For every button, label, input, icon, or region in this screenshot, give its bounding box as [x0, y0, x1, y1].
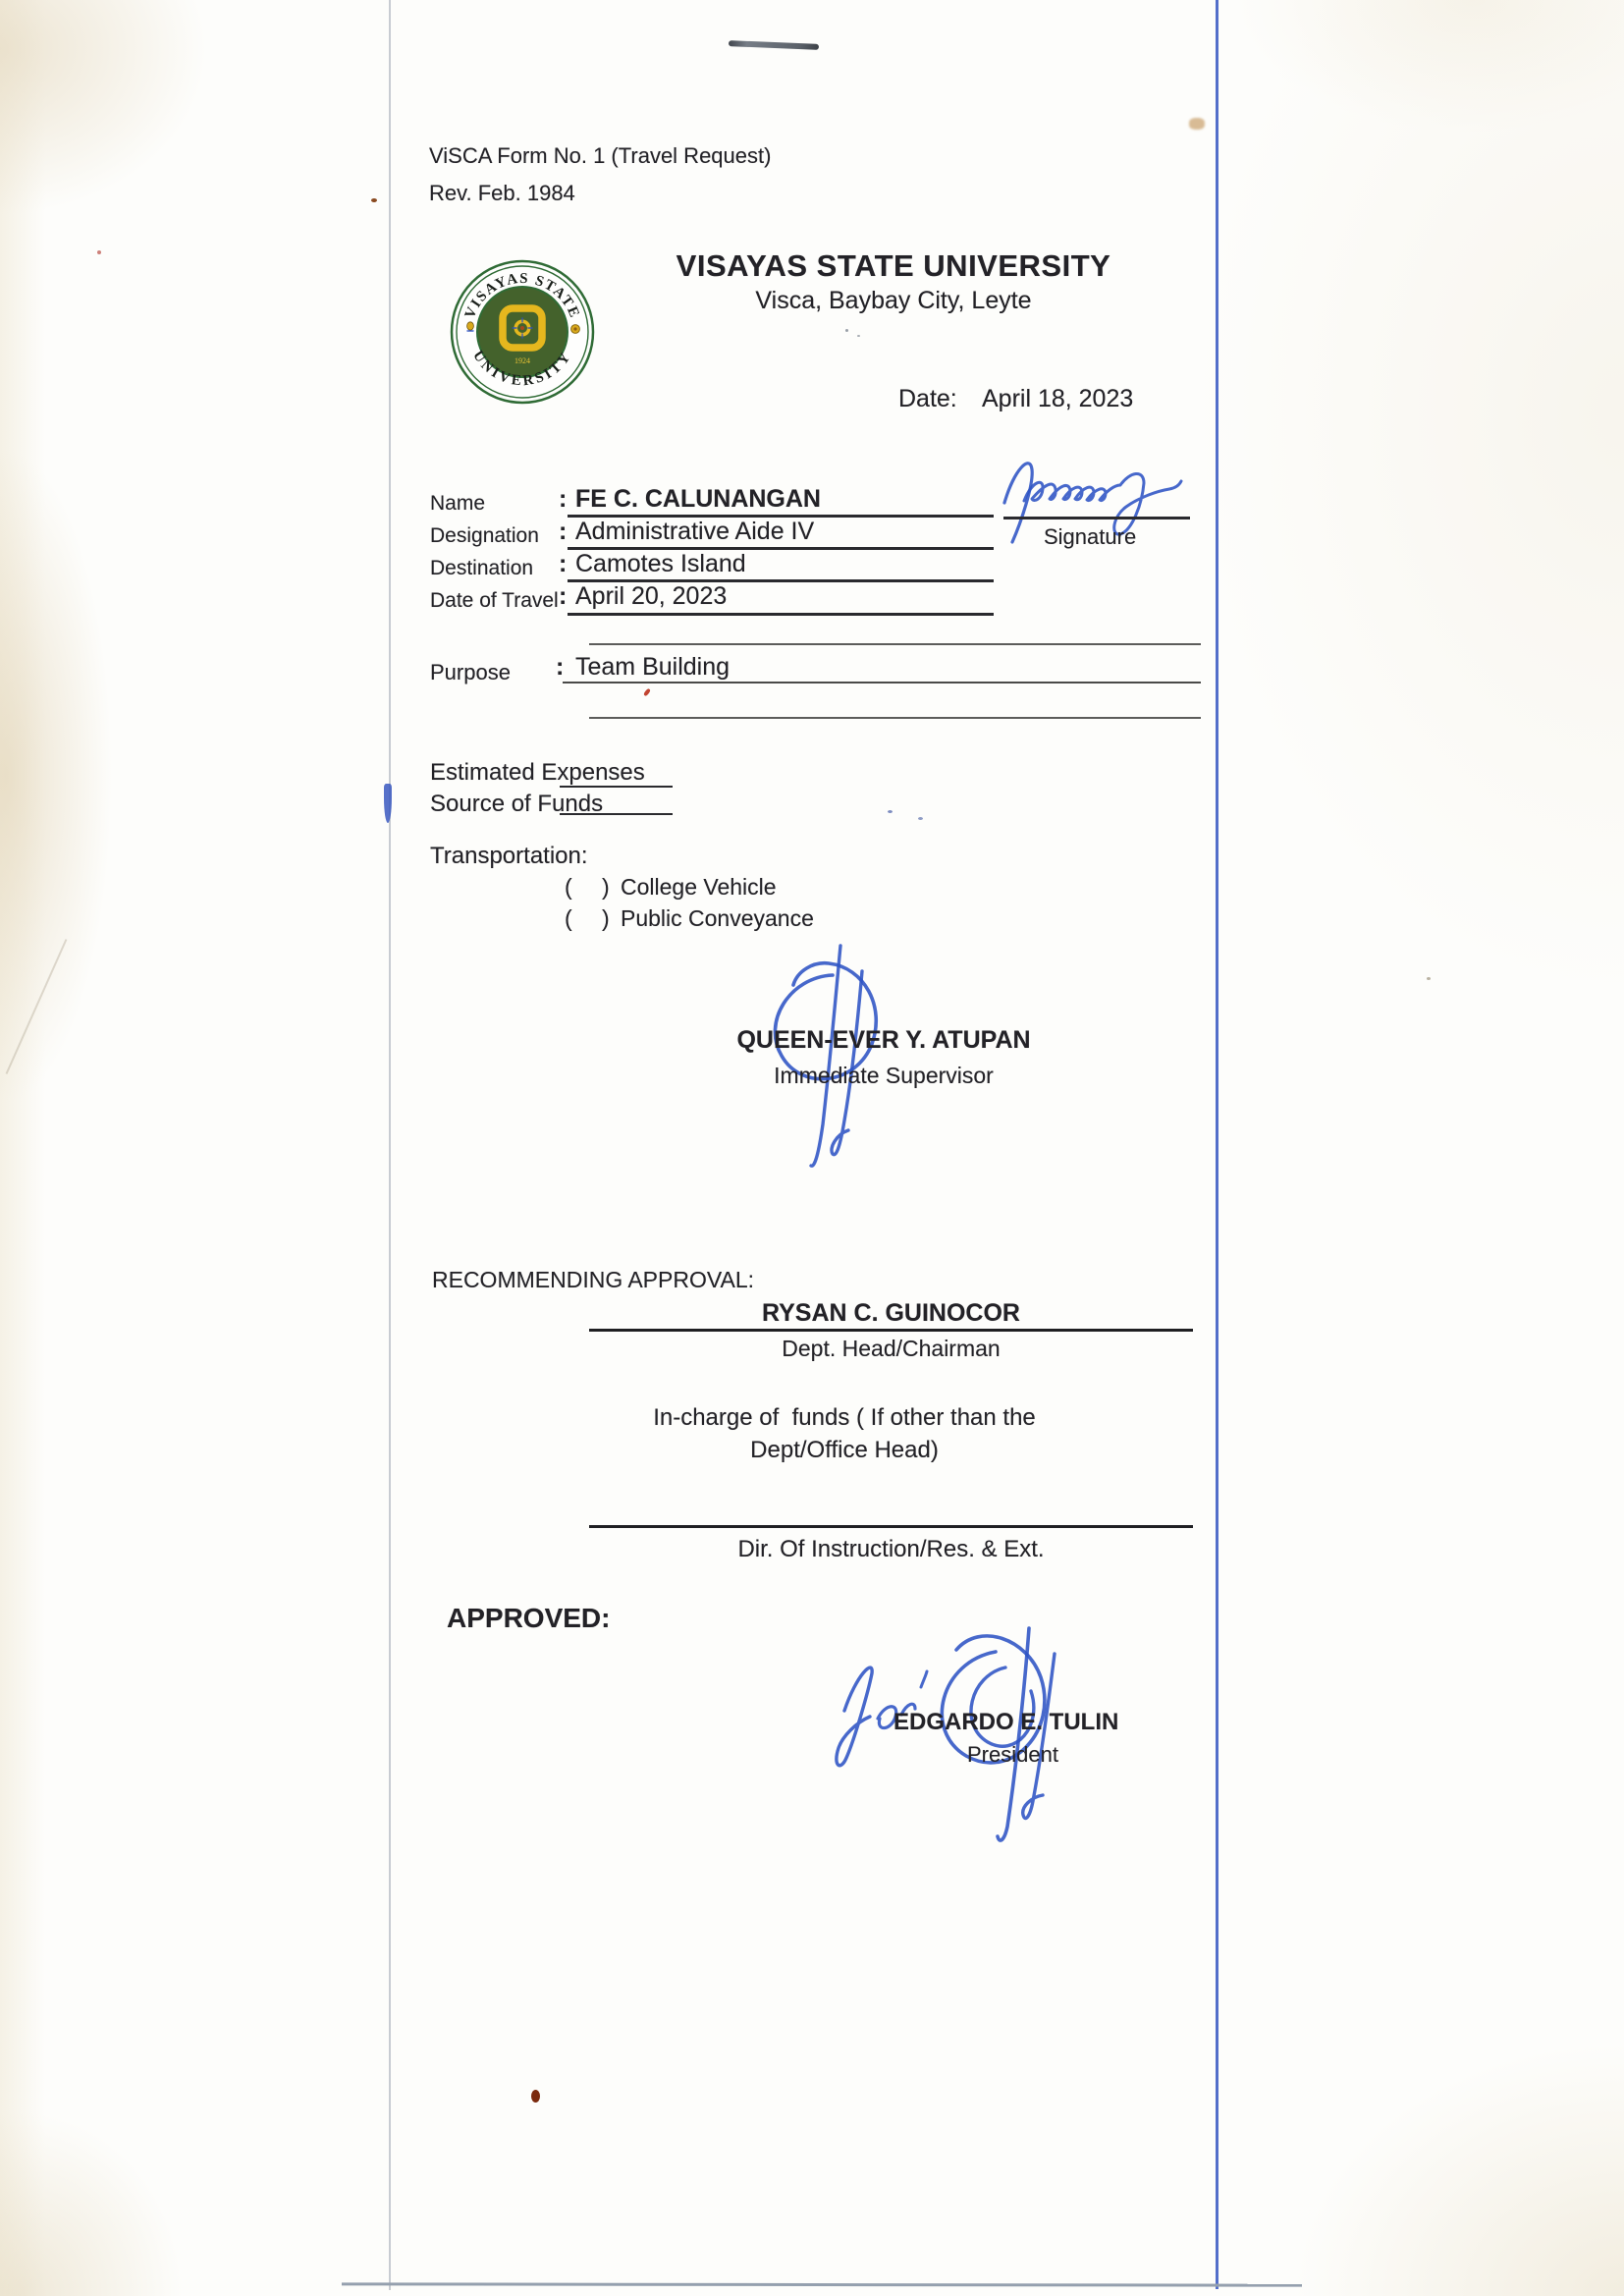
- supervisor-name: QUEEN-EVER Y. ATUPAN: [687, 1026, 1080, 1056]
- checkbox-paren-open: (: [565, 874, 572, 901]
- purpose-separator: :: [556, 653, 564, 683]
- scan-speck: [845, 329, 848, 332]
- transportation-label: Transportation:: [430, 843, 588, 870]
- recommending-line: [589, 1329, 1193, 1332]
- staple-mark: [729, 40, 819, 50]
- scan-crease: [6, 939, 68, 1074]
- svg-text:UNIVERSITY: UNIVERSITY: [469, 348, 575, 389]
- seal-top-text: VISAYAS STATE: [462, 271, 583, 321]
- field-separator: :: [559, 485, 567, 515]
- checkbox-paren-close: ): [602, 874, 610, 901]
- checkbox-paren-close: ): [602, 905, 610, 932]
- recommending-title: Dept. Head/Chairman: [619, 1336, 1164, 1362]
- scan-speck: [97, 250, 101, 254]
- director-line: [589, 1525, 1193, 1528]
- field-label: Destination: [430, 557, 533, 581]
- option-label: Public Conveyance: [621, 905, 814, 932]
- form-revision: Rev. Feb. 1984: [429, 181, 575, 206]
- field-separator: :: [559, 582, 567, 612]
- field-separator: :: [559, 518, 567, 547]
- page-right-edge-blue-line: [1216, 0, 1218, 2289]
- signature-line: [1003, 517, 1190, 519]
- purpose-line-top: [589, 643, 1201, 645]
- president-name: EDGARDO E. TULIN: [893, 1709, 1118, 1736]
- university-seal-logo: VISAYAS STATE UNIVERSITY 1924: [448, 257, 597, 407]
- scan-speck: [531, 2090, 540, 2103]
- purpose-underline: [563, 682, 1201, 683]
- field-label: Name: [430, 492, 485, 517]
- scan-speck: [643, 688, 651, 697]
- date-label: Date:: [898, 385, 957, 414]
- source-of-funds-blank-line: [560, 813, 673, 815]
- president-title: President: [967, 1742, 1058, 1768]
- field-underline: [568, 613, 994, 616]
- recommending-name: RYSAN C. GUINOCOR: [619, 1299, 1164, 1329]
- scan-speck: [888, 810, 893, 813]
- checkbox-paren-open: (: [565, 905, 572, 932]
- director-title: Dir. Of Instruction/Res. & Ext.: [589, 1536, 1193, 1563]
- field-label: Designation: [430, 524, 539, 549]
- svg-text:VISAYAS STATE: VISAYAS STATE: [462, 271, 583, 321]
- incharge-of-funds-line2: Dept/Office Head): [550, 1437, 1139, 1464]
- scan-speck: [371, 198, 377, 202]
- estimated-expenses-blank-line: [560, 786, 673, 788]
- page-bottom-edge: [342, 2282, 1302, 2286]
- purpose-line-bottom: [589, 717, 1201, 719]
- seal-emblem: [503, 308, 542, 348]
- seal-bottom-text: UNIVERSITY: [469, 348, 575, 389]
- university-address: Visca, Baybay City, Leyte: [599, 287, 1188, 316]
- incharge-of-funds-line1: In-charge of funds ( If other than the: [550, 1404, 1139, 1432]
- supervisor-title: Immediate Supervisor: [687, 1063, 1080, 1089]
- field-value: Administrative Aide IV: [575, 518, 814, 547]
- field-value: April 20, 2023: [575, 582, 727, 612]
- scan-speck: [857, 335, 860, 337]
- seal-left-ornament-icon: [467, 322, 474, 330]
- estimated-expenses-label: Estimated Expenses: [430, 759, 645, 787]
- scan-speck: [1427, 977, 1431, 980]
- scan-speck: [918, 817, 923, 820]
- field-separator: :: [559, 550, 567, 579]
- signature-label: Signature: [1044, 524, 1136, 550]
- scan-smudge: [1189, 118, 1205, 130]
- scanned-travel-request-form: ViSCA Form No. 1 (Travel Request) Rev. F…: [0, 0, 1624, 2296]
- option-label: College Vehicle: [621, 874, 777, 901]
- recommending-approval-heading: RECOMMENDING APPROVAL:: [432, 1267, 754, 1293]
- field-label: Date of Travel: [430, 589, 559, 614]
- purpose-value: Team Building: [575, 653, 730, 683]
- field-value: FE C. CALUNANGAN: [575, 485, 821, 515]
- purpose-label: Purpose: [430, 660, 511, 685]
- date-value: April 18, 2023: [982, 385, 1133, 414]
- approved-heading: APPROVED:: [447, 1602, 610, 1634]
- seal-year: 1924: [514, 356, 530, 365]
- university-name: VISAYAS STATE UNIVERSITY: [599, 248, 1188, 285]
- page-left-edge: [389, 0, 391, 2290]
- seal-right-ornament-icon: [571, 325, 580, 334]
- form-number: ViSCA Form No. 1 (Travel Request): [429, 143, 771, 169]
- field-value: Camotes Island: [575, 550, 746, 579]
